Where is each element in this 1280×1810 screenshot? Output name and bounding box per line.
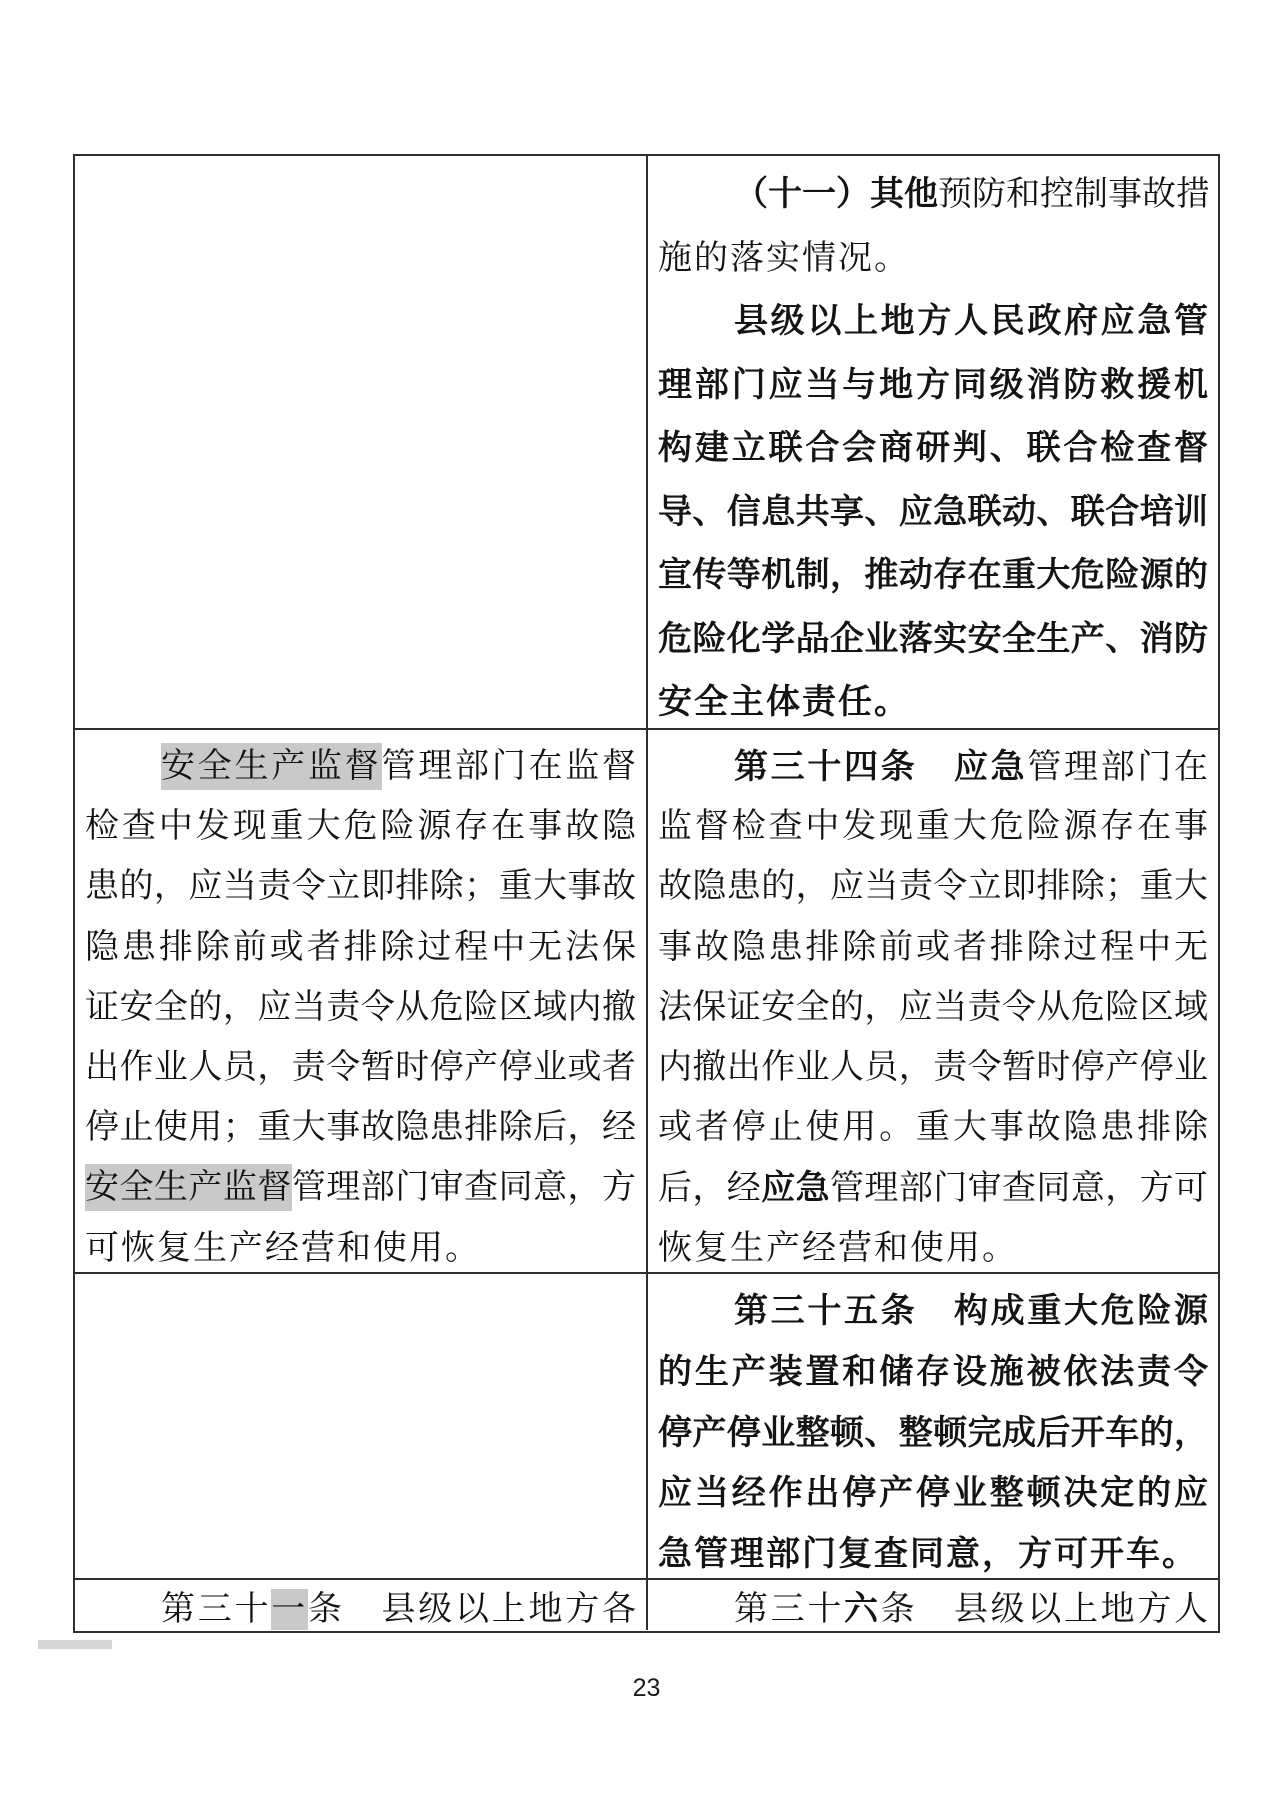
text-line: 第三十五条 构成重大危险源 — [658, 1281, 1208, 1342]
text-segment: 管理部门在监督 — [382, 748, 637, 785]
bold-text: 应急 — [761, 1169, 830, 1207]
bold-text: 县级以上地方人民政府应急管 — [734, 302, 1208, 340]
text-line: 停止使用；重大事故隐患排除后，经 — [85, 1098, 636, 1158]
text-segment — [917, 1293, 954, 1330]
text-line: 急管理部门复查同意，方可开车。 — [658, 1524, 1208, 1578]
table-cell-left — [75, 1274, 648, 1578]
bold-text: 构成重大危险源 — [954, 1292, 1208, 1330]
table-row: 第三十一条 县级以上地方各第三十六条 县级以上地方人 — [75, 1580, 1218, 1630]
text-segment: 隐患排除前或者排除过程中无法保 — [85, 929, 636, 966]
bold-text: （十一）其他 — [734, 175, 938, 213]
text-segment: 后，经 — [658, 1170, 761, 1207]
text-line: 安全主体责任。 — [658, 671, 1208, 728]
text-line: 第三十一条 县级以上地方各 — [85, 1589, 636, 1630]
bold-text: 安全主体责任。 — [658, 683, 910, 721]
text-segment: 预防和控制事故措 — [938, 176, 1208, 213]
bold-text: 第三十五条 — [734, 1292, 917, 1330]
table-cell-left — [75, 156, 648, 728]
text-line: 监督检查中发现重大危险源存在事 — [658, 797, 1208, 857]
text-line: （十一）其他预防和控制事故措 — [658, 163, 1208, 227]
text-segment: 管理部门在 — [1027, 749, 1208, 786]
text-segment: 第三十 — [161, 1591, 271, 1628]
text-line: 第三十四条 应急管理部门在 — [658, 737, 1208, 797]
text-segment: 恢复生产经营和使用。 — [658, 1230, 1018, 1267]
bold-text: 导、信息共享、应急联动、联合培训 — [658, 493, 1208, 531]
table-cell-right: 第三十五条 构成重大危险源的生产装置和储存设施被依法责令停产停业整顿、整顿完成后… — [648, 1274, 1218, 1578]
scan-artifact — [38, 1640, 112, 1649]
table-row: （十一）其他预防和控制事故措施的落实情况。县级以上地方人民政府应急管理部门应当与… — [75, 156, 1218, 730]
text-segment: 管理部门审查同意，方 — [292, 1169, 636, 1206]
text-line: 安全生产监督管理部门审查同意，方 — [85, 1158, 636, 1218]
bold-text: 危险化学品企业落实安全生产、消防 — [658, 620, 1208, 658]
comparison-table: （十一）其他预防和控制事故措施的落实情况。县级以上地方人民政府应急管理部门应当与… — [73, 154, 1220, 1633]
text-line: 内撤出作业人员，责令暂时停产停业 — [658, 1038, 1208, 1098]
text-segment: 条 县级以上地方各 — [308, 1591, 636, 1628]
bold-text: 应急 — [954, 748, 1027, 786]
table-cell-right: （十一）其他预防和控制事故措施的落实情况。县级以上地方人民政府应急管理部门应当与… — [648, 156, 1218, 728]
table-row: 第三十五条 构成重大危险源的生产装置和储存设施被依法责令停产停业整顿、整顿完成后… — [75, 1274, 1218, 1580]
text-line: 或者停止使用。重大事故隐患排除 — [658, 1098, 1208, 1158]
text-segment: 法保证安全的，应当责令从危险区域 — [658, 989, 1208, 1026]
text-line: 恢复生产经营和使用。 — [658, 1219, 1208, 1273]
text-segment: 内撤出作业人员，责令暂时停产停业 — [658, 1049, 1208, 1086]
text-segment: 第三十 — [734, 1591, 844, 1628]
table-cell-right: 第三十六条 县级以上地方人 — [648, 1580, 1218, 1630]
bold-text: 理部门应当与地方同级消防救援机 — [658, 366, 1208, 404]
table-cell-right: 第三十四条 应急管理部门在监督检查中发现重大危险源存在事故隐患的，应当责令立即排… — [648, 730, 1218, 1272]
text-line: 县级以上地方人民政府应急管 — [658, 290, 1208, 354]
text-segment: 或者停止使用。重大事故隐患排除 — [658, 1109, 1208, 1146]
bold-text: 停产停业整顿、整顿完成后开车的， — [658, 1414, 1208, 1452]
text-line: 法保证安全的，应当责令从危险区域 — [658, 978, 1208, 1038]
text-line: 安全生产监督管理部门在监督 — [85, 737, 636, 797]
text-line: 故隐患的，应当责令立即排除；重大 — [658, 857, 1208, 917]
text-segment: 事故隐患排除前或者排除过程中无 — [658, 929, 1208, 966]
text-segment: 条 县级以上地方人 — [881, 1591, 1208, 1628]
text-line: 事故隐患排除前或者排除过程中无 — [658, 918, 1208, 978]
text-line: 检查中发现重大危险源存在事故隐 — [85, 797, 636, 857]
text-line: 证安全的，应当责令从危险区域内撤 — [85, 978, 636, 1038]
text-segment: 监督检查中发现重大危险源存在事 — [658, 808, 1208, 845]
text-segment: 停止使用；重大事故隐患排除后，经 — [85, 1109, 636, 1146]
bold-text: 六 — [844, 1590, 881, 1628]
text-line: 应当经作出停产停业整顿决定的应 — [658, 1463, 1208, 1524]
text-line: 隐患排除前或者排除过程中无法保 — [85, 918, 636, 978]
bold-text: 第三十四条 — [734, 748, 917, 786]
text-segment: 出作业人员，责令暂时停产停业或者 — [85, 1049, 636, 1086]
text-line: 理部门应当与地方同级消防救援机 — [658, 354, 1208, 418]
text-line: 导、信息共享、应急联动、联合培训 — [658, 481, 1208, 545]
text-segment: 患的，应当责令立即排除；重大事故 — [85, 868, 636, 905]
text-line: 构建立联合会商研判、联合检查督 — [658, 417, 1208, 481]
table-cell-left: 安全生产监督管理部门在监督检查中发现重大危险源存在事故隐患的，应当责令立即排除；… — [75, 730, 648, 1272]
text-line: 停产停业整顿、整顿完成后开车的， — [658, 1403, 1208, 1464]
text-segment — [917, 749, 954, 786]
bold-text: 的生产装置和储存设施被依法责令 — [658, 1353, 1208, 1391]
text-segment: 检查中发现重大危险源存在事故隐 — [85, 808, 636, 845]
text-line: 患的，应当责令立即排除；重大事故 — [85, 857, 636, 917]
text-line: 宣传等机制，推动存在重大危险源的 — [658, 544, 1208, 608]
highlighted-text: 安全生产监督 — [161, 743, 382, 790]
bold-text: 急管理部门复查同意，方可开车。 — [658, 1535, 1198, 1573]
text-line: 的生产装置和储存设施被依法责令 — [658, 1342, 1208, 1403]
text-segment: 管理部门审查同意，方可 — [830, 1170, 1208, 1207]
text-line: 后，经应急管理部门审查同意，方可 — [658, 1158, 1208, 1218]
highlighted-text: 一 — [271, 1589, 308, 1630]
text-line: 可恢复生产经营和使用。 — [85, 1219, 636, 1273]
bold-text: 宣传等机制，推动存在重大危险源的 — [658, 556, 1208, 594]
bold-text: 应当经作出停产停业整顿决定的应 — [658, 1474, 1208, 1512]
text-line: 危险化学品企业落实安全生产、消防 — [658, 608, 1208, 672]
table-row: 安全生产监督管理部门在监督检查中发现重大危险源存在事故隐患的，应当责令立即排除；… — [75, 730, 1218, 1274]
highlighted-text: 安全生产监督 — [85, 1164, 292, 1211]
page-number: 23 — [73, 1674, 1220, 1703]
text-segment: 可恢复生产经营和使用。 — [85, 1230, 481, 1267]
table-cell-left: 第三十一条 县级以上地方各 — [75, 1580, 648, 1630]
text-line: 出作业人员，责令暂时停产停业或者 — [85, 1038, 636, 1098]
text-line: 第三十六条 县级以上地方人 — [658, 1589, 1208, 1630]
text-segment: 证安全的，应当责令从危险区域内撤 — [85, 989, 636, 1026]
text-segment: 故隐患的，应当责令立即排除；重大 — [658, 868, 1208, 905]
bold-text: 构建立联合会商研判、联合检查督 — [658, 429, 1208, 467]
text-segment: 施的落实情况。 — [658, 240, 910, 277]
text-line: 施的落实情况。 — [658, 227, 1208, 291]
document-page: { "page": { "number": "23" }, "colors": … — [0, 0, 1280, 1810]
